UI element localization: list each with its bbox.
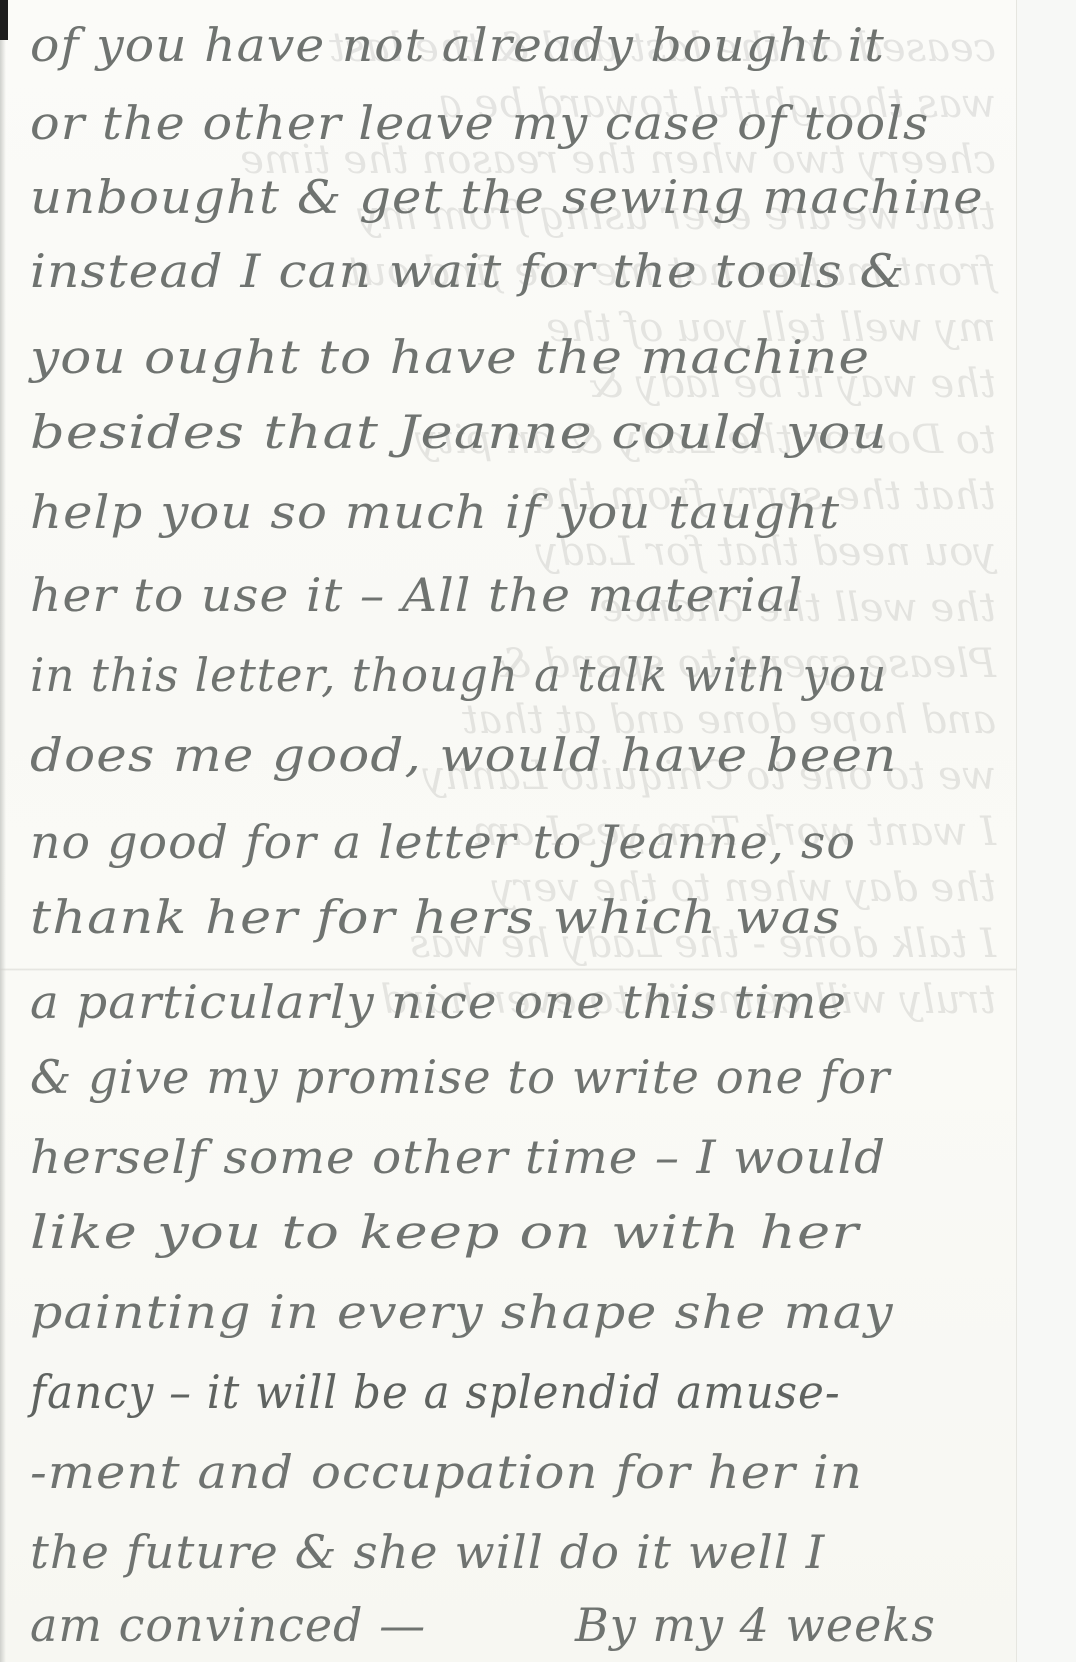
paper-fold-crease bbox=[0, 968, 1016, 971]
letter-line-5: you ought to have the machine bbox=[30, 330, 870, 384]
letter-line-3: unbought & get the sewing machine bbox=[30, 170, 984, 224]
paper-sheet: ceased on the last and & the last was th… bbox=[0, 0, 1017, 1662]
letter-line-20: the future & she will do it well I bbox=[30, 1525, 825, 1579]
letter-line-12: thank her for hers which was bbox=[30, 890, 841, 944]
letter-line-16: like you to keep on with her bbox=[30, 1205, 859, 1259]
letter-line-9: in this letter, though a talk with you bbox=[30, 648, 887, 702]
letter-line-4: instead I can wait for the tools & bbox=[30, 244, 905, 298]
letter-line-14: & give my promise to write one for bbox=[30, 1050, 890, 1104]
letter-line-10: does me good, would have been bbox=[30, 728, 897, 782]
letter-line-2: or the other leave my case of tools bbox=[30, 96, 929, 150]
letter-line-1: of you have not already bought it bbox=[30, 18, 885, 72]
scanned-letter-page: ceased on the last and & the last was th… bbox=[0, 0, 1076, 1662]
scan-corner-shadow bbox=[0, 0, 8, 40]
letter-line-7: help you so much if you taught bbox=[30, 485, 840, 539]
letter-line-21: am convinced — bbox=[30, 1598, 426, 1652]
letter-line-15: herself some other time – I would bbox=[30, 1130, 886, 1184]
letter-line-13: a particularly nice one this time bbox=[30, 975, 847, 1029]
letter-line-11: no good for a letter to Jeanne, so bbox=[30, 815, 856, 869]
letter-line-6: besides that Jeanne could you bbox=[30, 405, 888, 459]
letter-line-22-signoff: By my 4 weeks bbox=[575, 1598, 936, 1652]
letter-line-19: -ment and occupation for her in bbox=[30, 1445, 863, 1499]
letter-line-17: painting in every shape she may bbox=[30, 1285, 894, 1339]
letter-line-18: fancy – it will be a splendid amuse- bbox=[30, 1365, 841, 1419]
letter-line-8: her to use it – All the material bbox=[30, 568, 803, 622]
